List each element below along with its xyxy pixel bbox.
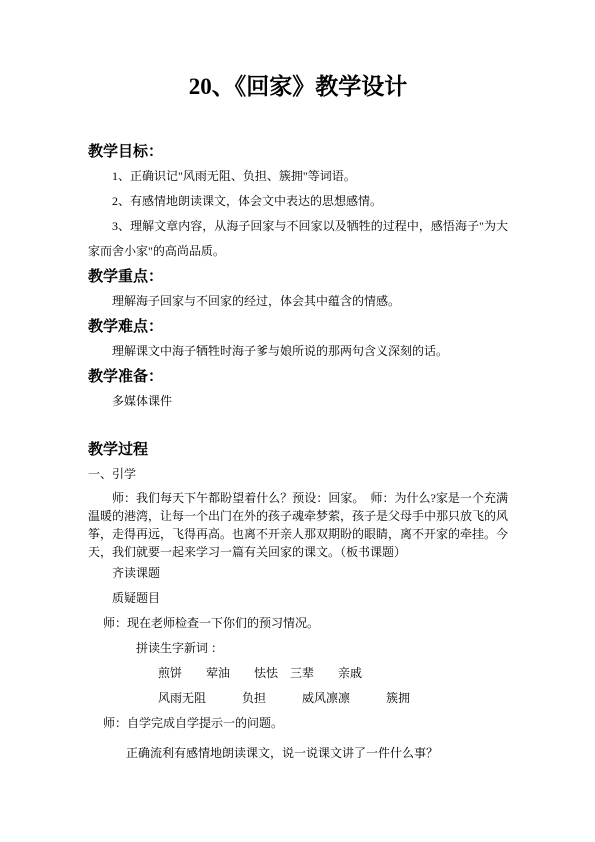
difficulties-heading: 教学难点： bbox=[88, 314, 508, 339]
line-self-study: 师：自学完成自学提示一的问题。 bbox=[88, 711, 508, 736]
key-points-body: 理解海子回家与不回家的经过，体会其中蕴含的情感。 bbox=[88, 289, 508, 314]
objective-item-1: 1、正确识记"风雨无阻、负担、簇拥"等词语。 bbox=[88, 164, 508, 189]
preparation-body: 多媒体课件 bbox=[88, 389, 508, 414]
process-step1-heading: 一、引学 bbox=[88, 462, 508, 487]
key-points-heading: 教学重点： bbox=[88, 264, 508, 289]
word-list-row-2: 风雨无阻 负担 威风凛凛 簇拥 bbox=[88, 686, 508, 711]
line-check-preview: 师：现在老师检查一下你们的预习情况。 bbox=[88, 611, 508, 636]
line-read-title-together: 齐读课题 bbox=[88, 561, 508, 586]
difficulties-body: 理解课文中海子牺牲时海子爹与娘所说的那两句含义深刻的话。 bbox=[88, 339, 508, 364]
objective-item-2: 2、有感情地朗读课文，体会文中表达的思想感情。 bbox=[88, 189, 508, 214]
preparation-heading: 教学准备： bbox=[88, 364, 508, 389]
line-reading-task: 正确流利有感情地朗读课文，说一说课文讲了一件什么事？ bbox=[88, 741, 508, 766]
objectives-heading: 教学目标： bbox=[88, 139, 508, 164]
process-heading: 教学过程 bbox=[88, 437, 508, 462]
word-list-row-1: 煎饼 荤油 怯怯 三辈 亲戚 bbox=[88, 661, 508, 686]
document-page: 20、《回家》教学设计 教学目标： 1、正确识记"风雨无阻、负担、簇拥"等词语。… bbox=[0, 0, 595, 842]
line-read-new-words: 拼读生字新词 ： bbox=[88, 636, 508, 661]
document-title: 20、《回家》教学设计 bbox=[88, 72, 508, 102]
intro-paragraph: 师：我们每天下午都盼望着什么？预设：回家。 师：为什么?家是一个充满温暖的港湾，… bbox=[88, 489, 508, 561]
objective-item-3: 3、理解文章内容，从海子回家与不回家以及牺牲的过程中，感悟海子"为大家而舍小家"… bbox=[88, 214, 508, 264]
line-question-title: 质疑题目 bbox=[88, 586, 508, 611]
